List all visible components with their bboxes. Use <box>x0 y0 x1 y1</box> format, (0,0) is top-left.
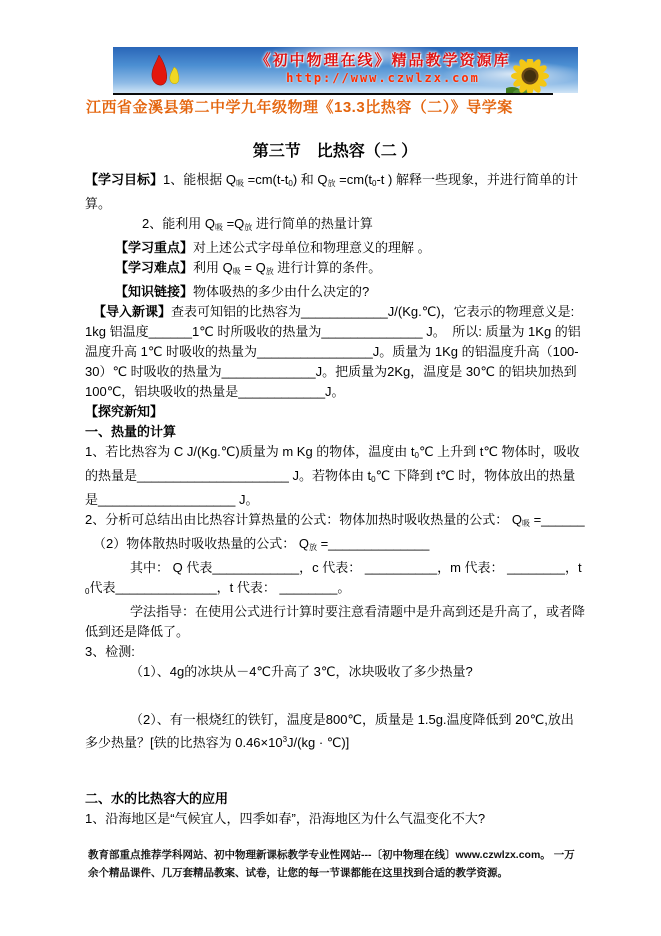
text-segment: 其中： Q 代表____________，c 代表： __________，m … <box>130 560 582 575</box>
item-2-formula-absorb: 2、分析可总结出由比热容计算热量的公式：物体加热时吸收热量的公式： Q吸 =__… <box>85 510 585 534</box>
text-segment: 【学习目标】 <box>85 172 163 187</box>
text-segment: 【知识链接】 <box>115 284 193 299</box>
text-segment: 【学习重点】 <box>115 240 193 255</box>
paragraphs: 【学习目标】1、能根据 Q吸 =cm(t-t0) 和 Q放 =cm(t0-t )… <box>85 170 585 829</box>
banner-divider-line <box>113 93 553 95</box>
learning-focus: 【学习重点】对上述公式字母单位和物理意义的理解 。 <box>85 238 585 258</box>
text-segment: 放 <box>309 543 317 552</box>
text-segment: = Q <box>241 260 266 275</box>
lesson-intro: 【导入新课】查表可知铝的比热容为____________J/(Kg.℃)，它表示… <box>85 302 585 402</box>
site-title: 《初中物理在线》精品教学资源库 <box>213 49 553 70</box>
text-segment: 2、分析可总结出由比热容计算热量的公式：物体加热时吸收热量的公式： Q <box>85 512 522 527</box>
text-segment: 1、沿海地区是“气候宜人，四季如春”，沿海地区为什么气温变化不大? <box>85 811 485 826</box>
text-segment: =______________ <box>317 536 429 551</box>
document-body: 第三节 比热容（二 ） 【学习目标】1、能根据 Q吸 =cm(t-t0) 和 Q… <box>85 142 585 829</box>
heading-heat-calculation: 一、热量的计算 <box>85 422 585 442</box>
check-question-1: （1）、4g的冰块从－4℃升高了 3℃，冰块吸收了多少热量? <box>85 662 585 682</box>
heading-water-application: 二、水的比热容大的应用 <box>85 789 585 809</box>
text-segment: 对上述公式字母单位和物理意义的理解 。 <box>193 240 431 255</box>
text-segment: 吸 <box>233 267 241 276</box>
text-segment: 吸 <box>215 223 223 232</box>
text-segment: 放 <box>328 179 336 188</box>
text-segment: 二、水的比热容大的应用 <box>85 791 228 806</box>
text-segment: =______ <box>530 512 585 527</box>
text-segment: 一、热量的计算 <box>85 424 176 439</box>
item-3-check: 3、检测: <box>85 642 585 662</box>
document-title: 江西省金溪县第二中学九年级物理《13.3比热容（二）》导学案 <box>86 96 586 117</box>
text-segment: 吸 <box>522 519 530 528</box>
study-tip: 学法指导：在使用公式进行计算时要注意看清题中是升高到还是升高了，或者降低到还是降… <box>85 602 585 642</box>
text-segment: （2）物体散热时吸收热量的公式： Q <box>93 536 309 551</box>
flame-logo-icon <box>143 51 193 93</box>
text-segment: 利用 Q <box>193 260 233 275</box>
section-heading: 第三节 比热容（二 ） <box>85 142 585 162</box>
text-segment: J/(kg · ℃)] <box>287 735 349 750</box>
text-segment: （1）、4g的冰块从－4℃升高了 3℃，冰块吸收了多少热量? <box>130 664 473 679</box>
sunflower-icon <box>506 59 550 93</box>
knowledge-link: 【知识链接】物体吸热的多少由什么决定的? <box>85 282 585 302</box>
text-segment: =cm(t-t <box>244 172 288 187</box>
text-segment: 3、检测: <box>85 644 135 659</box>
text-segment: ) 和 Q <box>293 172 328 187</box>
text-segment: 吸 <box>236 179 244 188</box>
text-segment: 【学习难点】 <box>115 260 193 275</box>
footer-text: 教育部重点推荐学科网站、初中物理新课标教学专业性网站---〔初中物理在线〕www… <box>88 846 576 882</box>
learning-goals: 【学习目标】1、能根据 Q吸 =cm(t-t0) 和 Q放 =cm(t0-t )… <box>85 170 585 214</box>
text-segment: 学法指导：在使用公式进行计算时要注意看清题中是升高到还是升高了，或者降低到还是降… <box>85 604 585 639</box>
text-segment: 【探究新知】 <box>85 404 163 419</box>
text-segment: 代表______________，t 代表： ________。 <box>89 580 350 595</box>
text-segment: 【导入新课】 <box>93 304 171 319</box>
text-segment: 进行计算的条件。 <box>274 260 382 275</box>
text-segment: 进行简单的热量计算 <box>252 216 373 231</box>
text-segment: 放 <box>266 267 274 276</box>
worksheet-page: 《初中物理在线》精品教学资源库 http://www.czwlzx.com <box>0 0 661 936</box>
text-segment: 1、能根据 Q <box>163 172 236 187</box>
check-question-2: （2）、有一根烧红的铁钉，温度是800℃，质量是 1.5g.温度降低到 20℃,… <box>85 710 585 753</box>
text-segment: 物体吸热的多少由什么决定的? <box>193 284 369 299</box>
banner-text-block: 《初中物理在线》精品教学资源库 http://www.czwlzx.com <box>213 49 553 85</box>
symbol-definitions: 其中： Q 代表____________，c 代表： __________，m … <box>85 558 585 602</box>
site-url-link[interactable]: http://www.czwlzx.com <box>213 71 553 85</box>
site-banner: 《初中物理在线》精品教学资源库 http://www.czwlzx.com <box>113 47 578 93</box>
text-segment: =Q <box>223 216 244 231</box>
item-1-heat-absorbed: 1、若比热容为 C J/(Kg.℃)质量为 m Kg 的物体，温度由 t0℃ 上… <box>85 442 585 510</box>
text-segment: 2、能利用 Q <box>142 216 215 231</box>
coastal-question: 1、沿海地区是“气候宜人，四季如春”，沿海地区为什么气温变化不大? <box>85 809 585 829</box>
item-2-formula-release: （2）物体散热时吸收热量的公式： Q放 =______________ <box>85 534 585 558</box>
learning-goal-2: 2、能利用 Q吸 =Q放 进行简单的热量计算 <box>85 214 585 238</box>
explore-new-knowledge: 【探究新知】 <box>85 402 585 422</box>
text-segment: =cm(t <box>336 172 372 187</box>
learning-difficulty: 【学习难点】利用 Q吸 = Q放 进行计算的条件。 <box>85 258 585 282</box>
text-segment: 1、若比热容为 C J/(Kg.℃)质量为 m Kg 的物体，温度由 t <box>85 444 415 459</box>
